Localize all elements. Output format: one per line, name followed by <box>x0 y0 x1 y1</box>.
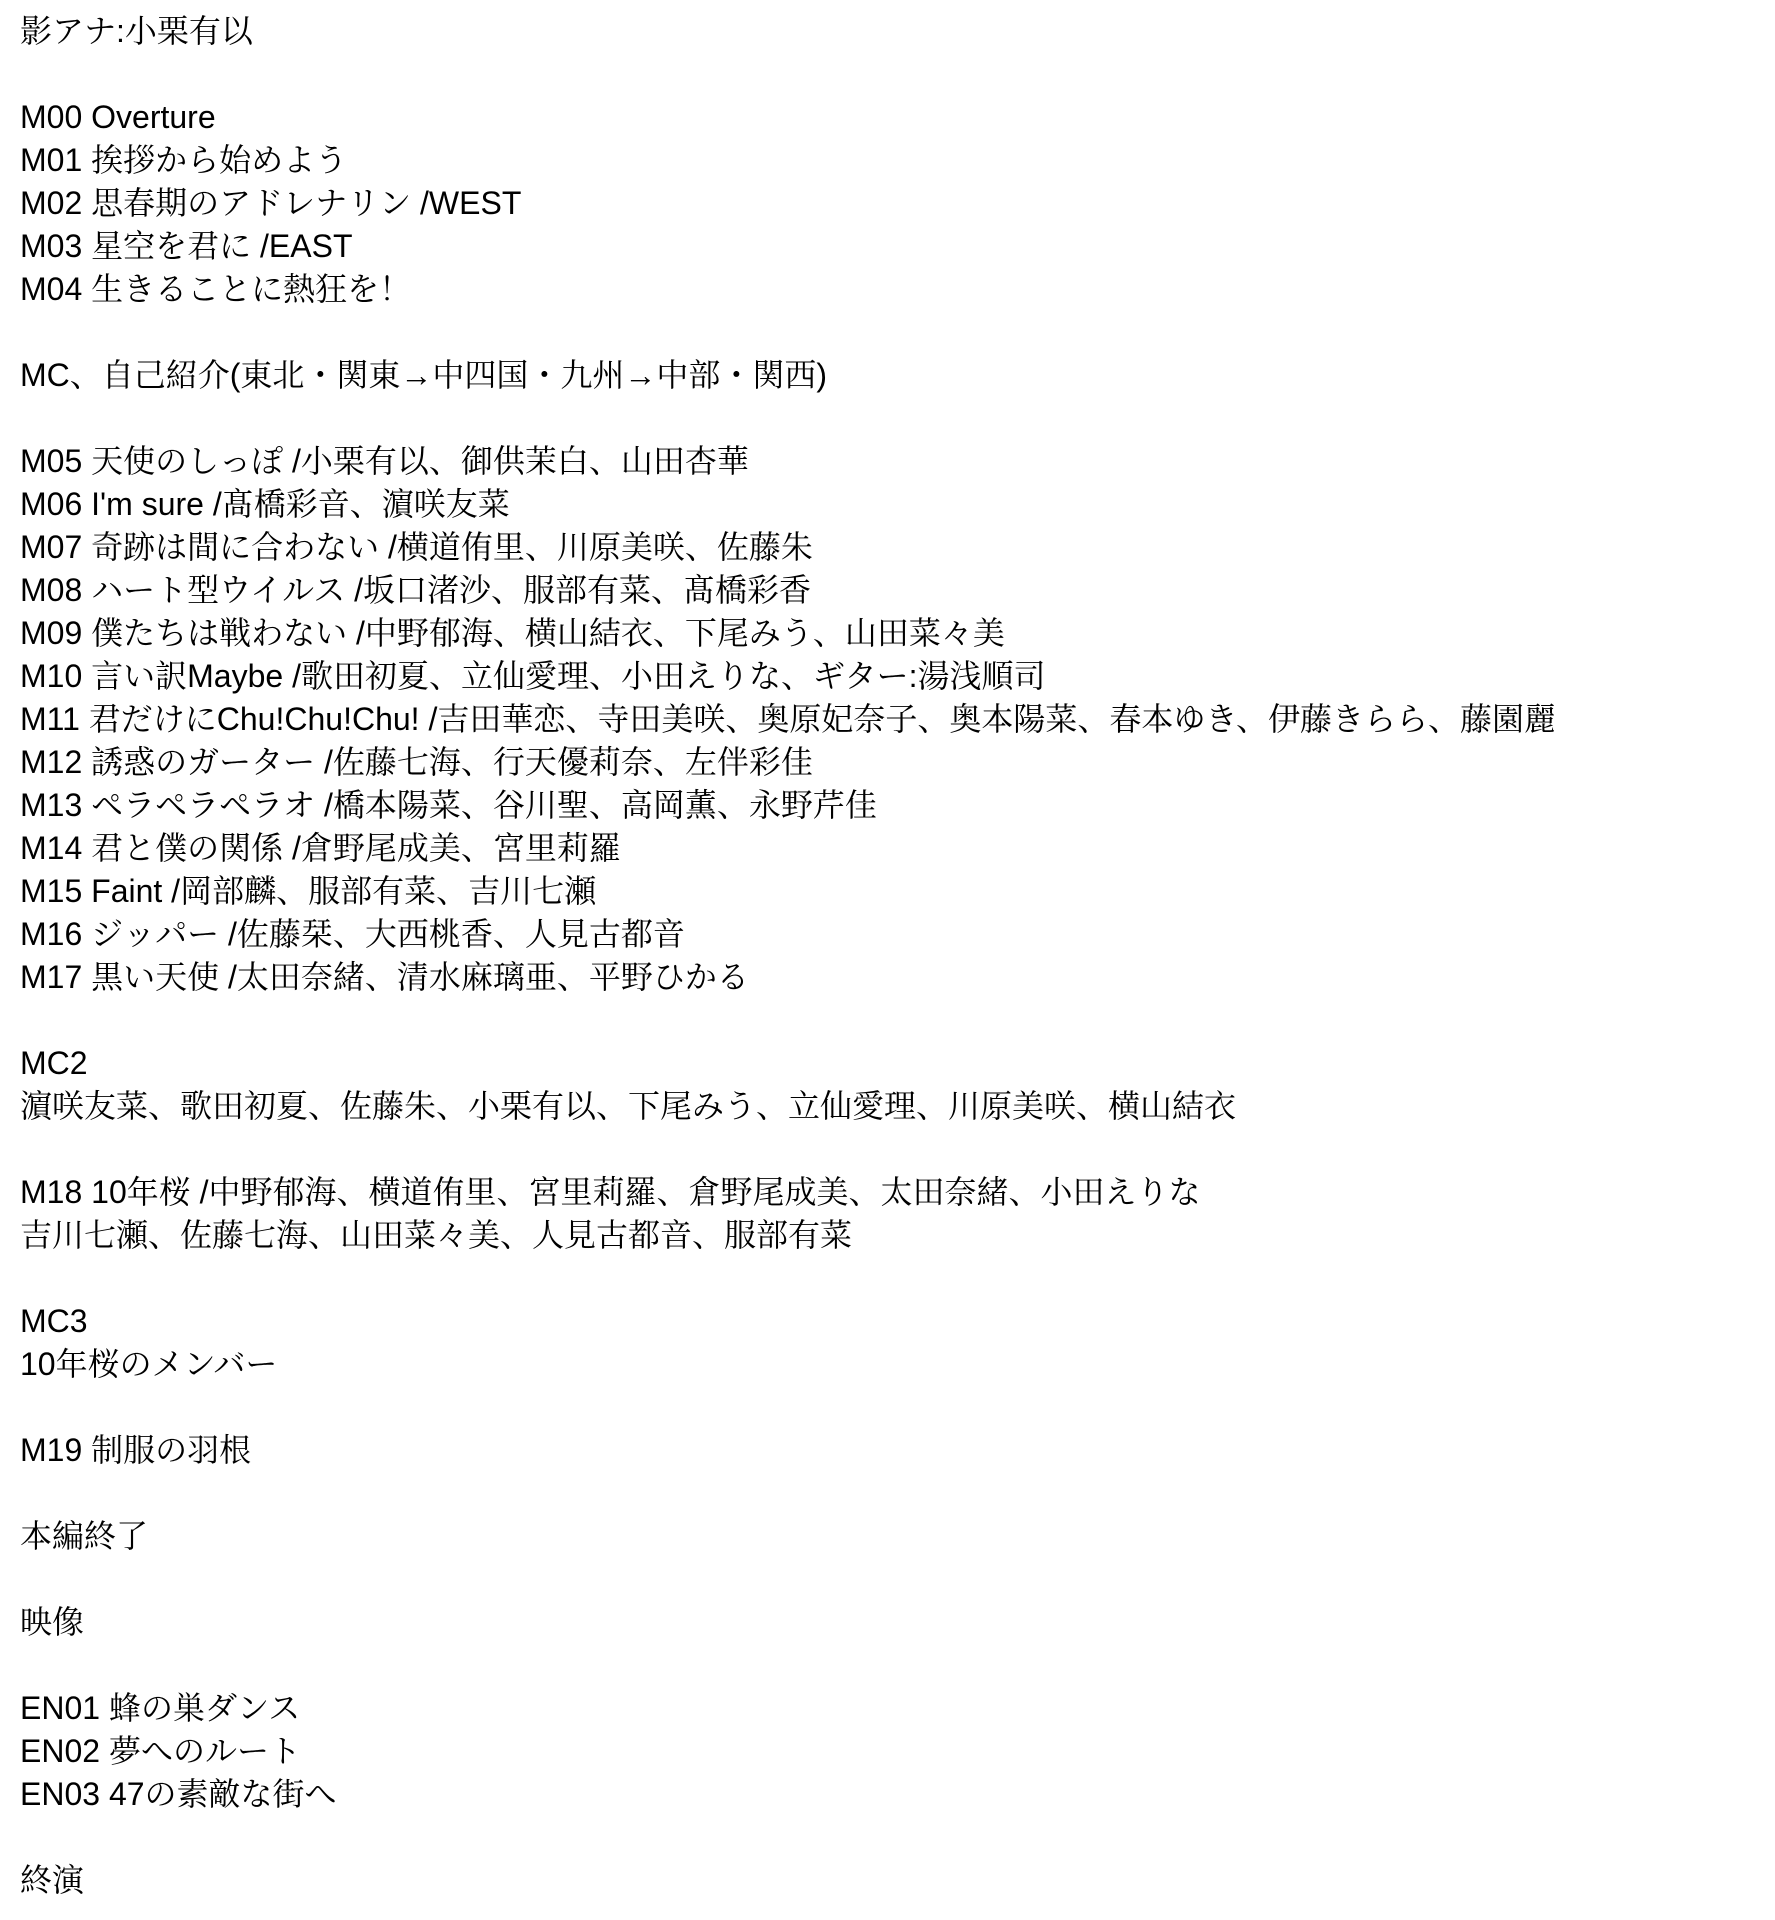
main-set-end: 本編終了 <box>20 1515 1767 1558</box>
track-m18-members-cont: 吉川七瀬、佐藤七海、山田菜々美、人見古都音、服部有菜 <box>20 1214 1767 1257</box>
track-m17: M17 黒い天使 /太田奈緒、清水麻璃亜、平野ひかる <box>20 956 1767 999</box>
track-m00: M00 Overture <box>20 96 1767 139</box>
track-m04: M04 生きることに熱狂を！ <box>20 268 1767 311</box>
blank <box>20 1816 1767 1859</box>
track-m15: M15 Faint /岡部麟、服部有菜、吉川七瀬 <box>20 870 1767 913</box>
track-m02: M02 思春期のアドレナリン /WEST <box>20 182 1767 225</box>
blank <box>20 53 1767 96</box>
mc3-heading: MC3 <box>20 1300 1767 1343</box>
track-en01: EN01 蜂の巣ダンス <box>20 1687 1767 1730</box>
track-m19: M19 制服の羽根 <box>20 1429 1767 1472</box>
track-m11: M11 君だけにChu!Chu!Chu! /吉田華恋、寺田美咲、奥原妃奈子、奥本… <box>20 698 1767 741</box>
track-m08: M08 ハート型ウイルス /坂口渚沙、服部有菜、髙橋彩香 <box>20 569 1767 612</box>
track-en03: EN03 47の素敵な街へ <box>20 1773 1767 1816</box>
setlist-lines: 影アナ:小栗有以M00 OvertureM01 挨拶から始めようM02 思春期の… <box>20 10 1767 1902</box>
shadow-announce: 影アナ:小栗有以 <box>20 10 1767 53</box>
mc2-heading: MC2 <box>20 1042 1767 1085</box>
blank <box>20 1386 1767 1429</box>
track-m10: M10 言い訳Maybe /歌田初夏、立仙愛理、小田えりな、ギター:湯浅順司 <box>20 655 1767 698</box>
track-m06: M06 I'm sure /髙橋彩音、濵咲友菜 <box>20 483 1767 526</box>
setlist-document: 影アナ:小栗有以M00 OvertureM01 挨拶から始めようM02 思春期の… <box>0 0 1775 1920</box>
blank <box>20 1644 1767 1687</box>
track-m14: M14 君と僕の関係 /倉野尾成美、宮里莉羅 <box>20 827 1767 870</box>
track-m09: M09 僕たちは戦わない /中野郁海、横山結衣、下尾みう、山田菜々美 <box>20 612 1767 655</box>
blank <box>20 1257 1767 1300</box>
track-m03: M03 星空を君に /EAST <box>20 225 1767 268</box>
track-en02: EN02 夢へのルート <box>20 1730 1767 1773</box>
blank <box>20 1128 1767 1171</box>
blank <box>20 397 1767 440</box>
track-m13: M13 ペラペラペラオ /橋本陽菜、谷川聖、高岡薫、永野芹佳 <box>20 784 1767 827</box>
track-m18: M18 10年桜 /中野郁海、横道侑里、宮里莉羅、倉野尾成美、太田奈緒、小田えり… <box>20 1171 1767 1214</box>
blank <box>20 1472 1767 1515</box>
show-end: 終演 <box>20 1859 1767 1902</box>
blank <box>20 311 1767 354</box>
blank <box>20 999 1767 1042</box>
mc1-heading: MC、自己紹介(東北・関東→中四国・九州→中部・関西) <box>20 354 1767 397</box>
track-m12: M12 誘惑のガーター /佐藤七海、行天優莉奈、左伴彩佳 <box>20 741 1767 784</box>
mc2-members: 濵咲友菜、歌田初夏、佐藤朱、小栗有以、下尾みう、立仙愛理、川原美咲、横山結衣 <box>20 1085 1767 1128</box>
video-segment: 映像 <box>20 1601 1767 1644</box>
mc3-members: 10年桜のメンバー <box>20 1343 1767 1386</box>
track-m07: M07 奇跡は間に合わない /横道侑里、川原美咲、佐藤朱 <box>20 526 1767 569</box>
track-m05: M05 天使のしっぽ /小栗有以、御供茉白、山田杏華 <box>20 440 1767 483</box>
blank <box>20 1558 1767 1601</box>
track-m16: M16 ジッパー /佐藤栞、大西桃香、人見古都音 <box>20 913 1767 956</box>
track-m01: M01 挨拶から始めよう <box>20 139 1767 182</box>
